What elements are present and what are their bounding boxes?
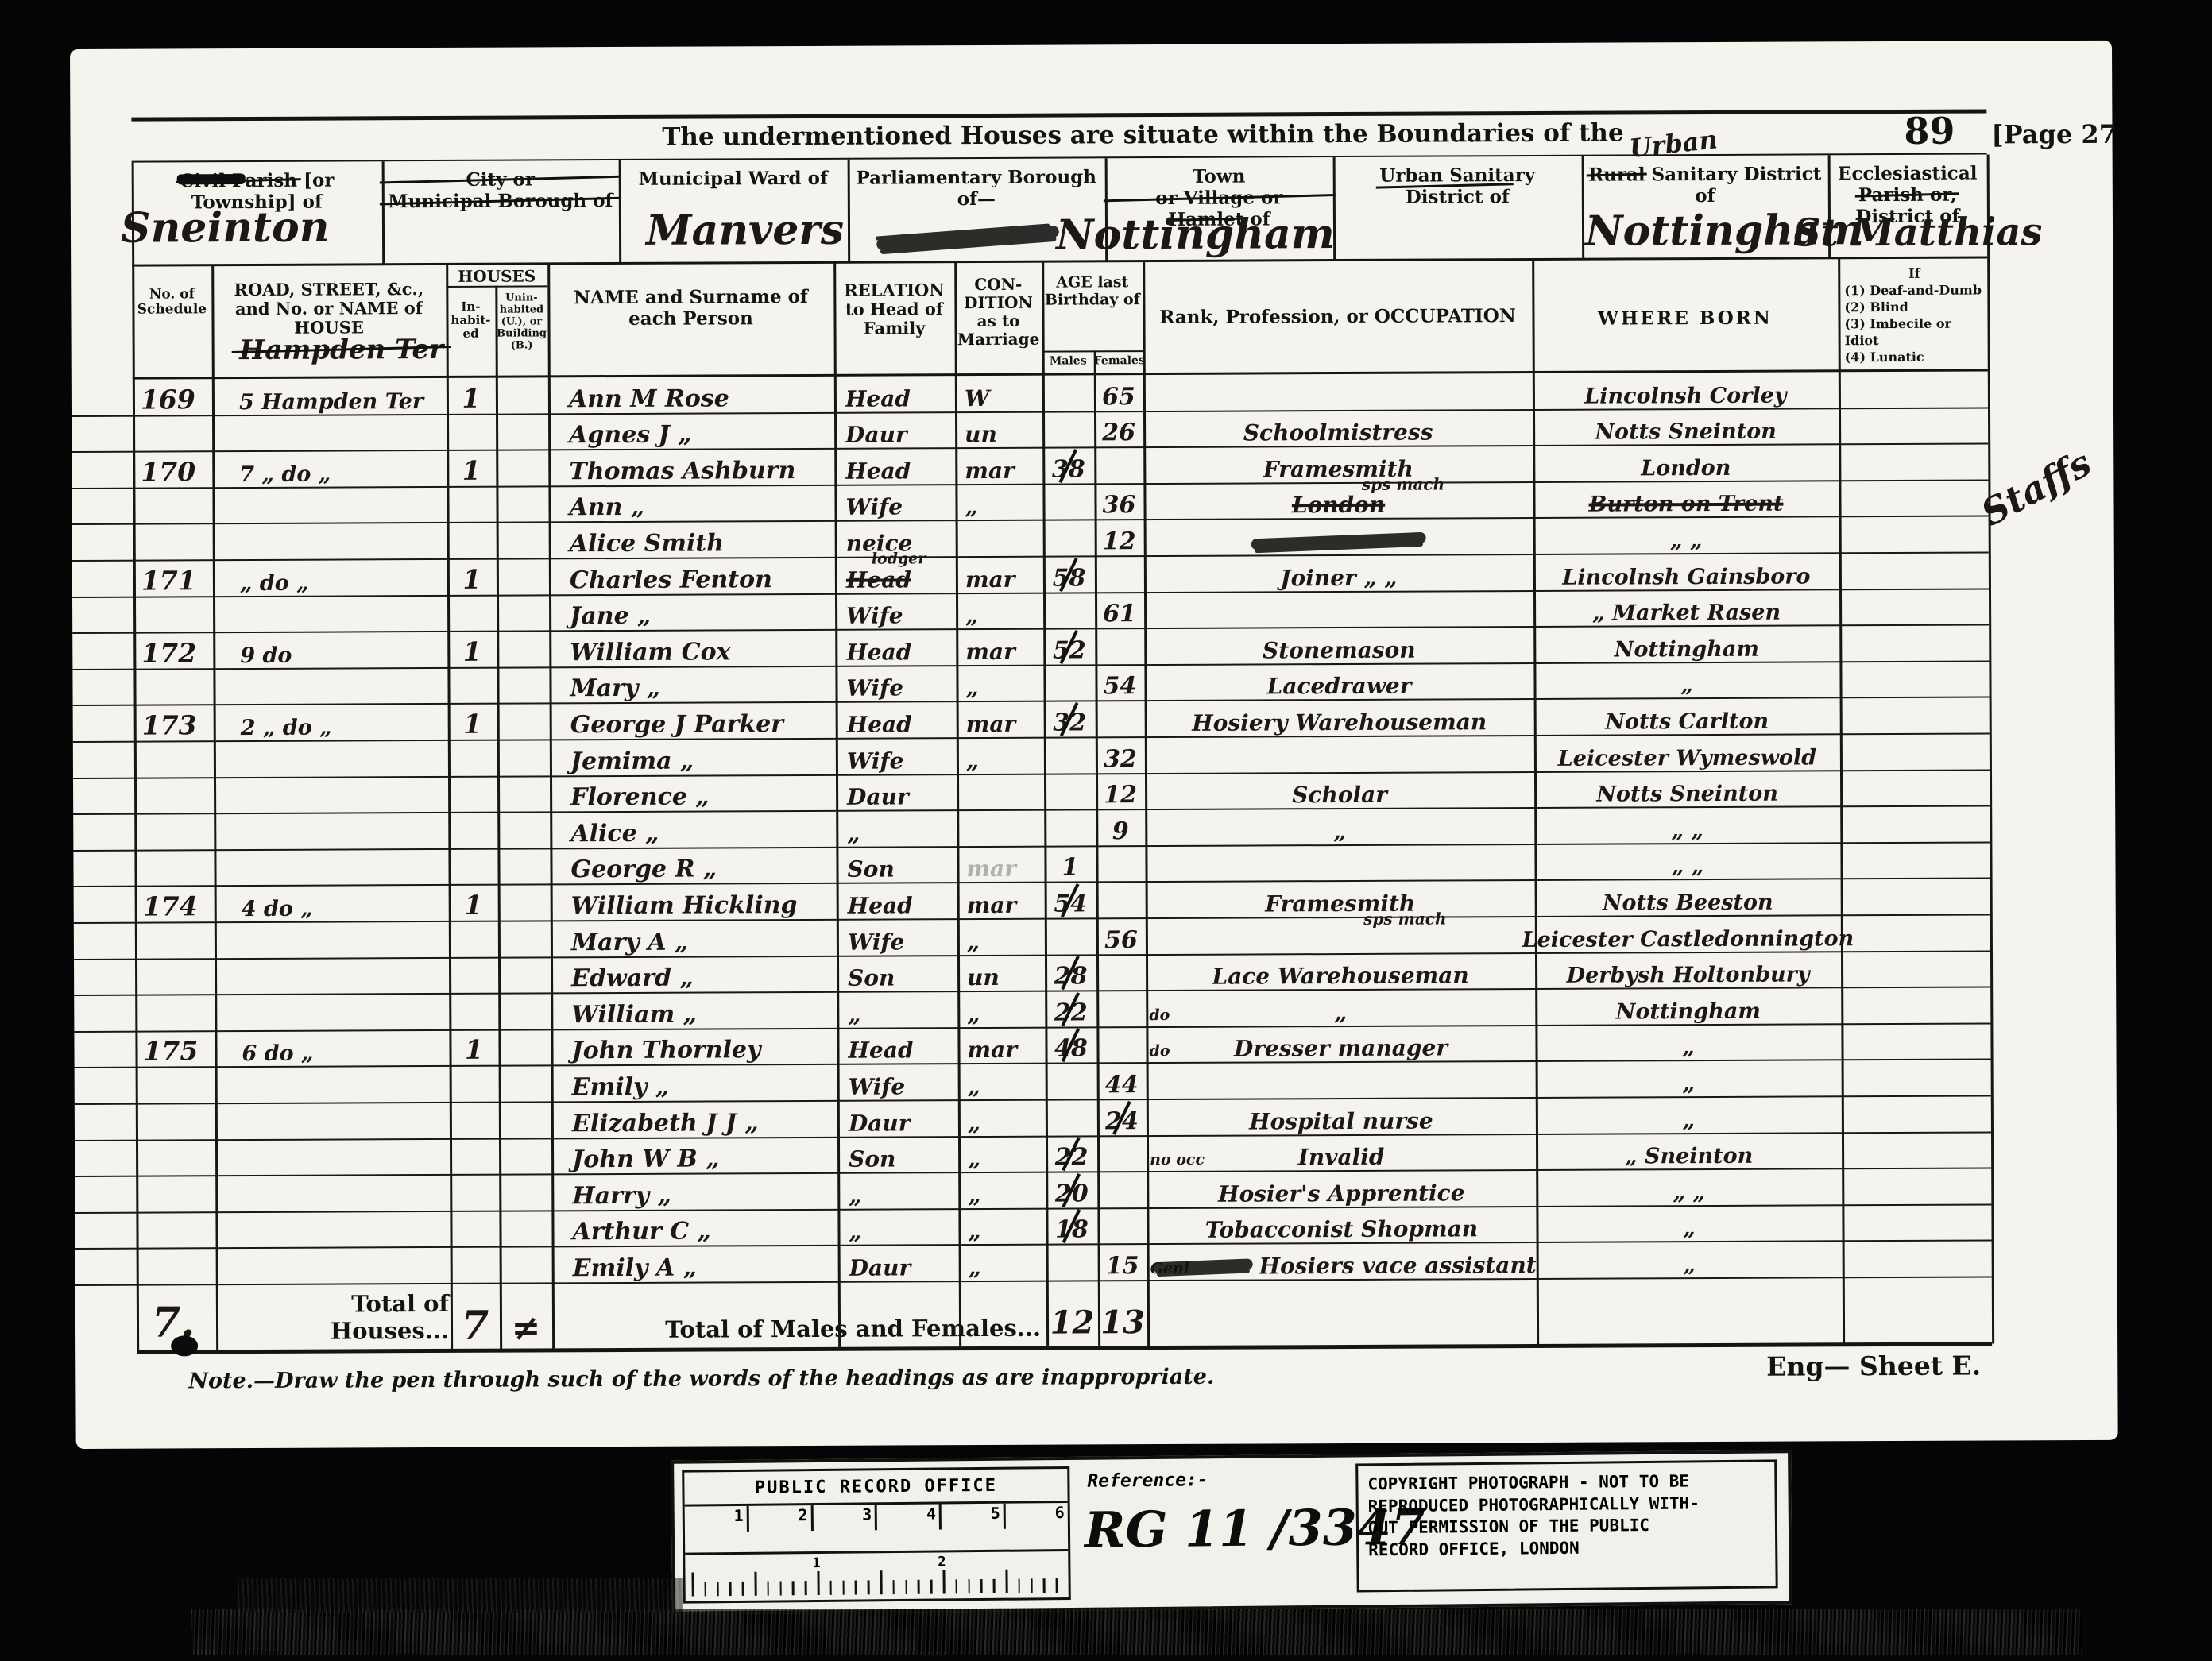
cell-occupation: Scholar (1145, 771, 1534, 810)
grid-line (1105, 158, 1108, 261)
ruler-tick (691, 1573, 694, 1597)
cell-condition: „ (957, 918, 1054, 956)
cell-schedule: 169 (133, 378, 220, 415)
cell-uninhabited (497, 703, 550, 740)
cell-condition: mar (957, 1026, 1054, 1064)
cell-occupation (1145, 844, 1534, 883)
cell-uninhabited (498, 920, 551, 957)
col-header-houses: HOUSES (446, 266, 547, 286)
cell-name: Charles Fenton (549, 557, 856, 595)
cell-where-born: London (1533, 443, 1839, 481)
cell-relation: Wife (835, 665, 967, 702)
cell-condition: un (955, 411, 1052, 448)
occupation-note: sps mach (1363, 909, 1446, 928)
total-females: 13 (1098, 1304, 1147, 1341)
cell-infirmity (1840, 732, 1990, 770)
cell-age-male: 22 (1046, 1135, 1097, 1172)
cell-uninhabited (499, 1138, 551, 1175)
cell-name: Edward „ (551, 955, 857, 993)
cell-condition: mar (957, 701, 1054, 738)
occupation-margin-note: no occ (1150, 1151, 1205, 1168)
ruler-tick (1018, 1579, 1020, 1593)
grid-line (1987, 154, 1990, 257)
page-label: [Page 27 (1991, 119, 2117, 150)
col-header-road: ROAD, STREET, &c., and No. or NAME of HO… (219, 280, 438, 338)
cell-condition: „ (958, 1099, 1055, 1137)
cell-schedule: 173 (134, 705, 222, 742)
cell-where-born: „ „ (1534, 842, 1840, 880)
cell-where-born: Burton on Trent (1533, 480, 1839, 518)
col-header-occupation: Rank, Profession, or OCCUPATION (1143, 305, 1532, 328)
ruler-tick (968, 1579, 970, 1593)
cell-where-born: Nottingham (1533, 624, 1839, 662)
cell-relation: Head (834, 375, 966, 412)
cell-where-born: Lincolnsh Corley (1533, 371, 1839, 409)
cell-road: „ do „ (213, 558, 474, 597)
cell-name: Alice Smith (549, 520, 856, 558)
header-field: Urban Sanitary District of (1333, 156, 1583, 261)
header-field-value: Manvers (646, 206, 844, 255)
cell-uninhabited (497, 594, 549, 632)
ruler-tick (930, 1580, 933, 1594)
infirmity-line: If (1844, 265, 1984, 282)
cell-uninhabited (499, 1210, 551, 1247)
cell-inhabited: 1 (448, 703, 497, 740)
total-houses-label: Total of Houses... (244, 1290, 449, 1345)
cell-age-female: 56 (1096, 917, 1146, 955)
cell-occupation: Tobacconist Shopman (1147, 1206, 1536, 1245)
cell-infirmity (1839, 588, 1989, 625)
cell-infirmity (1843, 1240, 1992, 1277)
cell-infirmity (1840, 769, 1990, 806)
cell-condition (956, 520, 1053, 557)
pro-cm-ruler: 12 (685, 1551, 1069, 1601)
header-field: Town or Village orHamlet ofNottingham (1105, 157, 1334, 261)
cell-where-born: „ (1537, 1241, 1843, 1279)
cm-number: 1 (812, 1555, 820, 1571)
cell-schedule: 171 (133, 559, 221, 597)
col-header-name: NAME and Surname of each Person (547, 286, 833, 330)
cell-infirmity (1842, 1059, 1991, 1096)
cell-condition (957, 773, 1054, 810)
cell-where-born: „ „ (1534, 805, 1840, 844)
pro-ruler-box: PUBLIC RECORD OFFICE 123456 12 (682, 1466, 1071, 1604)
cell-relation: Daur (834, 411, 966, 449)
cell-infirmity (1841, 914, 1990, 951)
header-field-label-part: Parliamentary (856, 167, 1007, 189)
inch-number: 2 (798, 1505, 807, 1524)
inch-number: 5 (991, 1504, 1000, 1523)
infirmity-line: (4) Lunatic (1845, 348, 1985, 365)
cell-occupation: do„ (1146, 988, 1535, 1027)
header-field-label: Urban Sanitary District of (1333, 164, 1582, 208)
inch-cell: 3 (813, 1505, 877, 1531)
cell-where-born: Lincolnsh Gainsboro (1533, 552, 1839, 590)
cell-age-male: 52 (1043, 628, 1095, 666)
grid-line (1582, 156, 1585, 260)
ruler-tick (1031, 1578, 1033, 1593)
cell-schedule: 175 (135, 1030, 222, 1068)
cell-uninhabited (497, 666, 549, 704)
cell-uninhabited (499, 1174, 551, 1211)
inch-cell: 6 (1006, 1503, 1068, 1529)
cell-name: John Thornley (551, 1027, 857, 1065)
road-hand-note: Hampden Ter (238, 334, 445, 366)
cell-name: Florence „ (550, 774, 857, 812)
cell-condition: mar (957, 845, 1054, 883)
header-field-label-part: Urban Sanitary District of (1379, 164, 1535, 208)
cell-name: William Cox (549, 629, 856, 667)
cell-age-male: 32 (1044, 701, 1096, 738)
cell-relation: Son (836, 846, 968, 883)
header-field-label: City orMunicipal Borough of (382, 168, 619, 212)
pro-office-label: PUBLIC RECORD OFFICE (684, 1469, 1067, 1507)
grid-line (1333, 157, 1336, 261)
cell-name: Harry „ (551, 1172, 858, 1211)
cell-occupation: Hosiery Warehouseman (1145, 698, 1534, 737)
cell-infirmity (1839, 370, 1988, 408)
cell-uninhabited (498, 884, 551, 921)
cell-where-born: Notts Sneinton (1533, 408, 1839, 446)
page-title: The undermentioned Houses are situate wi… (483, 118, 1802, 152)
header-field: Civil Parish [or Township] ofSneinton (132, 161, 383, 265)
cell-infirmity (1839, 624, 1989, 662)
cell-condition: „ (956, 664, 1053, 701)
infirmity-line: (1) Deaf-and-Dumb (1844, 281, 1984, 299)
ruler-tick (805, 1581, 807, 1595)
cell-relation: Wife (835, 593, 967, 630)
sheet-label: Eng— Sheet E. (1766, 1350, 1981, 1382)
cell-relation: Head (836, 701, 968, 738)
header-field-label-part: Municipal Ward of (639, 168, 828, 190)
col-header-females: Females (1094, 354, 1143, 367)
col-header-schedule: No. of Schedule (132, 287, 211, 317)
header-field-label-part: Ecclesiastical (1833, 163, 1982, 185)
cell-name: Agnes J „ (548, 411, 855, 450)
cell-occupation: Stonemason (1144, 626, 1533, 665)
scan-noise (238, 1578, 683, 1613)
ruler-tick (729, 1582, 732, 1596)
header-field-label: Municipal Ward of (619, 168, 848, 190)
cell-relation: Wife (837, 1063, 969, 1100)
header-field-label-part: Civil Parish (180, 170, 297, 192)
cell-where-born: Leicester Wymeswold (1534, 733, 1840, 771)
infirmity-line: (3) Imbecile or Idiot (1844, 315, 1984, 349)
relation-note: lodger (872, 550, 926, 567)
header-field-label-part: Rural (1588, 164, 1645, 185)
ruler-tick (892, 1580, 895, 1594)
cell-uninhabited (498, 956, 551, 994)
cell-name: Jane „ (549, 593, 856, 631)
header-fields: Civil Parish [or Township] ofSneintonCit… (71, 154, 2113, 266)
cell-where-born: „ (1536, 1060, 1842, 1098)
totals-row: 7. Total of Houses... 7 ≠ Total of Males… (75, 1276, 1992, 1352)
cell-uninhabited (496, 485, 548, 523)
cell-condition: „ (958, 1135, 1055, 1172)
ruler-tick (779, 1581, 782, 1595)
cell-infirmity (1840, 805, 1990, 843)
cell-where-born: Derbysh Holtonbury (1535, 951, 1841, 989)
cell-condition: W (955, 375, 1052, 412)
ruler-tick (868, 1580, 870, 1594)
cell-infirmity (1839, 443, 1988, 481)
cell-occupation (1143, 373, 1533, 411)
cell-condition: mar (955, 447, 1052, 485)
infirmity-line: (2) Blind (1844, 298, 1984, 315)
cell-age-male: 38 (1042, 447, 1094, 485)
cell-condition: „ (958, 1172, 1055, 1209)
cell-infirmity (1841, 950, 1990, 987)
cell-name: William „ (551, 991, 857, 1029)
cell-occupation: no occInvalid (1147, 1134, 1536, 1172)
cell-uninhabited (499, 1101, 551, 1138)
footer-note: Note.—Draw the pen through such of the w… (188, 1365, 1214, 1394)
copyright-stamp: COPYRIGHT PHOTOGRAPH - NOT TO BEREPRODUC… (1355, 1459, 1778, 1592)
cell-occupation: Framesmith (1146, 879, 1535, 918)
cell-name: Alice „ (550, 810, 857, 848)
cell-where-born: „ (1536, 1095, 1842, 1134)
cell-uninhabited (497, 739, 550, 776)
cell-name: Thomas Ashburn (548, 448, 855, 486)
header-field-label-part: Parish or, (1858, 184, 1957, 207)
cell-age-female: 24 (1097, 1099, 1147, 1136)
cell-relation: Head (834, 447, 966, 485)
grid-line (619, 160, 622, 264)
cell-age-female: 9 (1096, 809, 1145, 846)
pro-inch-ruler: 123456 (685, 1503, 1069, 1555)
pro-stamp: PUBLIC RECORD OFFICE 123456 12 Reference… (671, 1450, 1792, 1615)
cell-name: Jemima „ (550, 738, 857, 776)
cell-infirmity (1842, 1203, 1991, 1241)
ruler-tick (754, 1572, 756, 1596)
ink-blot (171, 1335, 198, 1356)
cell-where-born: Notts Beeston (1535, 879, 1841, 917)
cell-uninhabited (500, 1246, 552, 1284)
cell-age-female: 32 (1096, 736, 1145, 774)
cell-relation: Headlodger (835, 556, 967, 593)
cell-where-born: „ (1535, 1023, 1841, 1061)
cell-age-female: 26 (1094, 411, 1143, 448)
cell-where-born: Notts Carlton (1534, 697, 1840, 736)
cell-relation: Daur (838, 1244, 970, 1281)
ruler-tick (955, 1579, 957, 1593)
cell-infirmity (1842, 1168, 1991, 1205)
ruler-tick (742, 1582, 744, 1596)
ruler-tick (855, 1581, 857, 1595)
cell-where-born: „ „ (1533, 516, 1839, 554)
cell-age-female: 12 (1095, 519, 1144, 556)
cell-road: 7 „ do „ (212, 450, 474, 488)
cell-name: Mary A „ (551, 919, 857, 957)
cell-where-born: „ „ (1536, 1168, 1842, 1206)
cell-occupation: Londonsps mach (1143, 481, 1533, 520)
cell-where-born: „ Market Rasen (1533, 589, 1839, 627)
header-field-label: Rural Sanitary District of (1582, 163, 1828, 207)
cell-where-born: Notts Sneinton (1534, 770, 1840, 808)
cell-road: 4 do „ (215, 884, 476, 922)
cell-occupation: Joiner „ „ (1144, 554, 1533, 593)
grid-line (382, 161, 385, 265)
ruler-tick (704, 1582, 706, 1596)
col-header-uninhabited: Unin-habited (U.), or Building (B.) (495, 292, 547, 351)
ruler-tick (842, 1581, 845, 1595)
cell-age-female: 15 (1098, 1243, 1147, 1281)
grid-line (848, 160, 851, 263)
inch-cell: 4 (877, 1505, 942, 1531)
occupation-margin-note: do (1149, 1006, 1170, 1024)
cell-uninhabited (499, 1065, 551, 1103)
cell-relation: „ (837, 1208, 969, 1246)
header-field-label-part: Sanitary District of (1645, 163, 1822, 207)
cell-relation: Wife (837, 918, 969, 956)
ruler-tick (905, 1580, 907, 1594)
cell-relation: Wife (836, 737, 968, 774)
cell-age-female: 12 (1096, 773, 1145, 810)
age-subrule (1042, 350, 1143, 353)
cell-uninhabited (496, 413, 548, 450)
margin-note-staffs: Staffs (1974, 441, 2098, 535)
header-field-label-part: Town (1193, 166, 1245, 187)
header-field: Rural Sanitary District ofUrbanNottingha… (1582, 155, 1829, 259)
col-header-age: AGE last Birthday of (1042, 273, 1143, 309)
cell-inhabited: 1 (447, 450, 496, 487)
cell-name: Elizabeth J J „ (551, 1100, 858, 1138)
ruler-tick (942, 1570, 945, 1593)
cell-occupation (1144, 590, 1533, 629)
cell-age-male: 1 (1044, 845, 1096, 883)
cell-condition: mar (956, 628, 1053, 666)
cell-condition: „ (955, 483, 1052, 520)
cell-age-male: 20 (1046, 1172, 1097, 1209)
cell-where-born: Leicester Castledonnington (1535, 914, 1841, 952)
cell-infirmity (1840, 697, 1990, 734)
cell-infirmity (1839, 660, 1989, 697)
total-males-females-label: Total of Males and Females... (632, 1315, 1041, 1343)
cell-condition: „ (957, 991, 1054, 1028)
cell-condition: mar (956, 556, 1053, 593)
cell-name: William Hickling (551, 883, 857, 921)
cell-inhabited: 1 (449, 884, 498, 921)
cell-infirmity (1839, 407, 1988, 444)
grid-line (132, 163, 135, 266)
header-field-scribble (876, 226, 1059, 251)
cell-uninhabited (497, 848, 550, 885)
cell-condition: un (957, 954, 1054, 991)
cell-condition (957, 809, 1054, 847)
col-header-relation: RELATION to Head of Family (833, 280, 954, 338)
cell-uninhabited (498, 993, 551, 1030)
ruler-tick (829, 1581, 832, 1595)
ruler-tick (767, 1582, 769, 1596)
cell-uninhabited (496, 450, 548, 487)
cell-condition: „ (958, 1207, 1055, 1245)
cell-age-female: 54 (1095, 664, 1144, 701)
header-field-value: Nottingham (1056, 210, 1335, 260)
cell-inhabited: 1 (449, 1029, 498, 1066)
cell-name: John W B „ (551, 1136, 858, 1174)
cell-inhabited: 1 (447, 377, 496, 415)
ruler-tick (717, 1582, 719, 1596)
header-field-label-part: or Village or (1110, 187, 1328, 209)
cell-relation: Head (837, 882, 969, 919)
cell-name: Emily A „ (552, 1245, 859, 1283)
cell-infirmity (1839, 516, 1989, 553)
cell-uninhabited (496, 377, 548, 414)
ruler-tick (980, 1579, 983, 1593)
cell-relation: Daur (837, 1099, 969, 1137)
cell-relation: Son (837, 955, 969, 992)
inch-number: 3 (862, 1505, 872, 1524)
cell-road: 6 do „ (215, 1029, 476, 1068)
inch-cell: 1 (685, 1506, 749, 1532)
page-number: 89 (1904, 110, 1955, 153)
cell-occupation: Hospital nurse (1147, 1097, 1536, 1136)
cell-occupation: Schoolmistress (1143, 409, 1533, 448)
cell-where-born: „ (1536, 1204, 1842, 1242)
header-field-value: Sneinton (121, 203, 330, 253)
cell-schedule: 174 (135, 886, 222, 923)
cell-name: George J Parker (550, 701, 857, 740)
ruler-tick (918, 1580, 920, 1594)
ruler-tick (993, 1579, 996, 1593)
cell-age-female: 44 (1097, 1062, 1147, 1099)
cell-road: 9 do (213, 631, 474, 669)
cell-occupation: Hosier's Apprentice (1147, 1169, 1536, 1208)
cell-infirmity (1841, 987, 1990, 1024)
cm-number: 2 (938, 1554, 946, 1570)
cell-relation: Daur (836, 774, 968, 811)
inch-number: 1 (733, 1506, 743, 1525)
ruler-tick (880, 1570, 882, 1594)
cell-infirmity (1839, 479, 1988, 516)
col-header-born: WHERE BORN (1532, 307, 1838, 330)
cell-condition: „ (958, 1063, 1055, 1100)
cell-occupation: GenlHosiers vace assistant (1147, 1242, 1537, 1281)
header-field: Municipal Ward ofManvers (619, 160, 849, 264)
cell-where-born: Nottingham (1535, 987, 1841, 1025)
inch-cell: 5 (942, 1504, 1006, 1530)
cell-name: Ann „ (548, 484, 855, 522)
total-males: 12 (1046, 1304, 1098, 1341)
cell-where-born: „ (1533, 661, 1839, 699)
cell-uninhabited (498, 1029, 551, 1066)
cell-relation: Head (835, 628, 967, 666)
cell-schedule: 170 (133, 450, 220, 488)
cell-infirmity (1839, 551, 1989, 589)
cell-relation: „ (837, 1172, 969, 1209)
cell-uninhabited (497, 812, 550, 849)
header-field: City orMunicipal Borough of (382, 160, 620, 265)
cell-road: 2 „ do „ (214, 703, 475, 741)
occupation-note: sps mach (1362, 474, 1444, 493)
header-field: Ecclesiastical Parish or, District ofSt … (1828, 154, 1988, 258)
cell-age-male: 48 (1045, 1026, 1096, 1064)
cell-occupation: Lacedrawer (1144, 662, 1533, 701)
header-field-label-part: Municipal Borough of (387, 190, 614, 212)
cell-occupation: „ (1145, 807, 1534, 846)
reference-label: Reference:- (1087, 1470, 1208, 1491)
cell-age-male: 28 (1045, 954, 1096, 991)
cell-age-female: 61 (1095, 592, 1144, 629)
cell-name: Emily „ (551, 1064, 858, 1102)
cell-occupation: Lace Warehouseman (1146, 952, 1535, 991)
copyright-line: RECORD OFFICE, LONDON (1368, 1535, 1765, 1561)
cell-uninhabited (497, 775, 550, 813)
census-scan: { "document": { "title": "The undermenti… (0, 0, 2212, 1661)
cell-infirmity (1840, 841, 1990, 879)
cell-inhabited: 1 (447, 558, 497, 596)
cell-uninhabited (497, 522, 549, 559)
